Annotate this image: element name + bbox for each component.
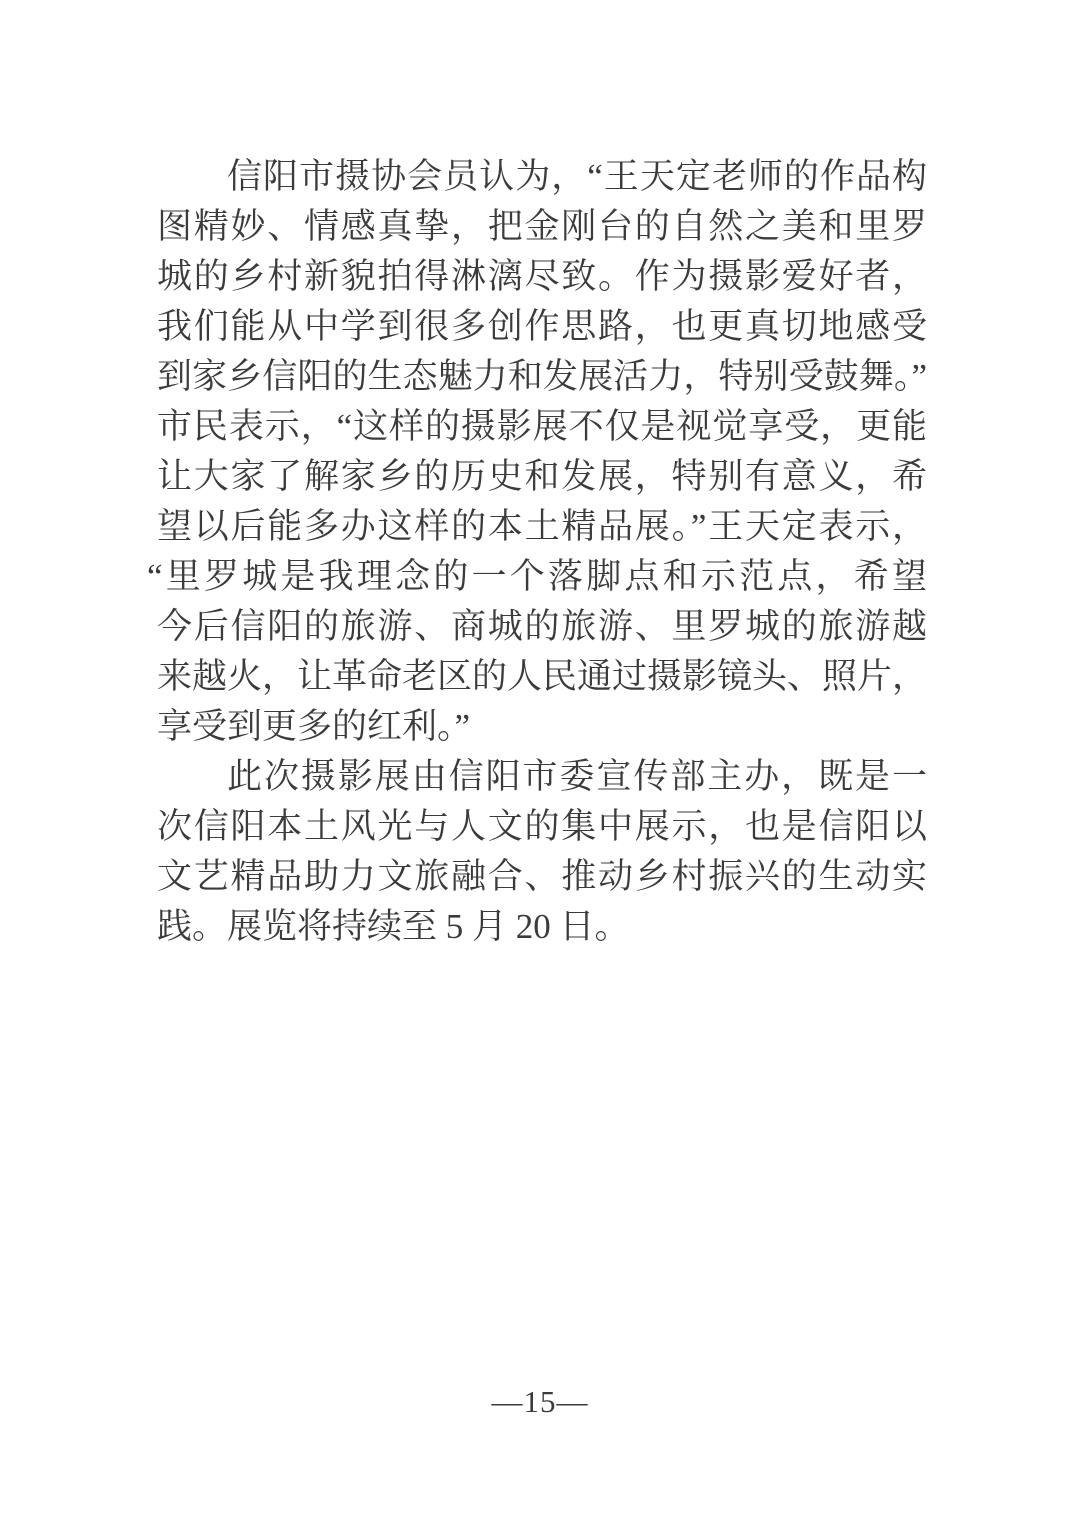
text-line: 望以后能多办这样的本土精品展。”王天定表示，: [157, 502, 927, 552]
text-line: 图精妙、情感真挚，把金刚台的自然之美和里罗: [157, 202, 927, 252]
page-background: 信阳市摄协会员认为，“王天定老师的作品构图精妙、情感真挚，把金刚台的自然之美和里…: [0, 0, 1080, 1525]
text-line: 城的乡村新貌拍得淋漓尽致。作为摄影爱好者，: [157, 252, 927, 302]
paragraph: 此次摄影展由信阳市委宣传部主办，既是一次信阳本土风光与人文的集中展示，也是信阳以…: [157, 752, 927, 952]
text-line: “里罗城是我理念的一个落脚点和示范点，希望: [147, 552, 927, 602]
document-page: { "colors": { "text": "#3b3b3b", "backgr…: [0, 0, 1080, 1525]
text-line: 今后信阳的旅游、商城的旅游、里罗城的旅游越: [157, 602, 927, 652]
text-line: 享受到更多的红利。”: [157, 702, 927, 752]
document-body: 信阳市摄协会员认为，“王天定老师的作品构图精妙、情感真挚，把金刚台的自然之美和里…: [157, 152, 927, 952]
paragraph: 信阳市摄协会员认为，“王天定老师的作品构图精妙、情感真挚，把金刚台的自然之美和里…: [157, 152, 927, 752]
text-line: 来越火，让革命老区的人民通过摄影镜头、照片，: [157, 652, 927, 702]
text-line: 让大家了解家乡的历史和发展，特别有意义，希: [157, 452, 927, 502]
text-line: 我们能从中学到很多创作思路，也更真切地感受: [157, 302, 927, 352]
text-line: 文艺精品助力文旅融合、推动乡村振兴的生动实: [157, 852, 927, 902]
text-line: 践。展览将持续至 5 月 20 日。: [157, 902, 927, 952]
text-line: 到家乡信阳的生态魅力和发展活力，特别受鼓舞。”: [157, 352, 927, 402]
text-line: 信阳市摄协会员认为，“王天定老师的作品构: [157, 152, 927, 202]
text-line: 此次摄影展由信阳市委宣传部主办，既是一: [157, 752, 927, 802]
text-line: 次信阳本土风光与人文的集中展示，也是信阳以: [157, 802, 927, 852]
page-number: —15—: [0, 1382, 1080, 1422]
text-line: 市民表示，“这样的摄影展不仅是视觉享受，更能: [157, 402, 927, 452]
